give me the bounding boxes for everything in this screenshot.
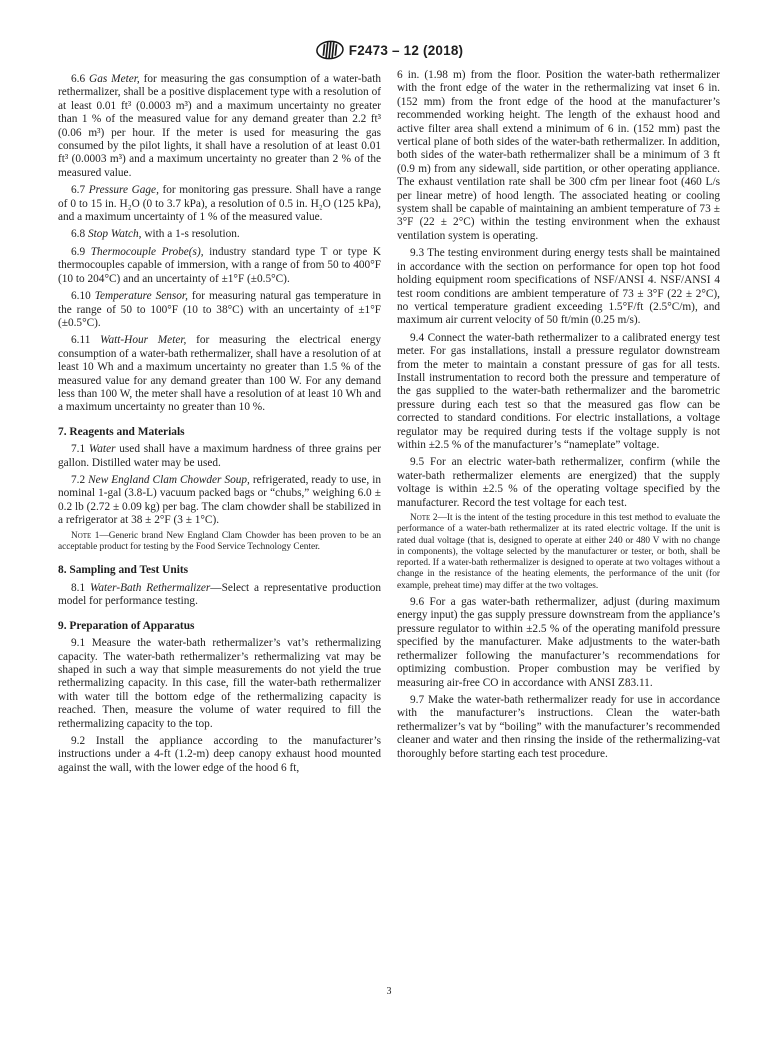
defined-term: New England Clam Chowder Soup, bbox=[88, 474, 253, 486]
section-number: 9.2 bbox=[71, 735, 96, 747]
heading-preparation-of-apparatus: 9. Preparation of Apparatus bbox=[58, 620, 381, 634]
paragraph-text: 6 in. (1.98 m) from the floor. Position … bbox=[397, 69, 720, 242]
section-number: 9.7 bbox=[410, 694, 428, 706]
section-6-6: 6.6 Gas Meter, for measuring the gas con… bbox=[58, 73, 381, 180]
page-number: 3 bbox=[0, 986, 778, 997]
section-number: 6.11 bbox=[71, 334, 100, 346]
paragraph-text: Install the appliance according to the m… bbox=[58, 735, 381, 774]
section-6-7: 6.7 Pressure Gage, for monitoring gas pr… bbox=[58, 184, 381, 224]
section-9-7: 9.7 Make the water-bath rethermalizer re… bbox=[397, 694, 720, 761]
section-number: 9.4 bbox=[410, 332, 428, 344]
section-7-2: 7.2 New England Clam Chowder Soup, refri… bbox=[58, 474, 381, 528]
section-number: 6.7 bbox=[71, 184, 89, 196]
defined-term: Thermocouple Probe(s), bbox=[91, 246, 209, 258]
defined-term: Watt-Hour Meter, bbox=[100, 334, 196, 346]
section-9-1: 9.1 Measure the water-bath rethermalizer… bbox=[58, 637, 381, 731]
right-column: 6 in. (1.98 m) from the floor. Position … bbox=[397, 69, 720, 775]
standard-designation: F2473 – 12 (2018) bbox=[349, 43, 463, 58]
defined-term: Gas Meter, bbox=[89, 73, 144, 85]
note-text: It is the intent of the testing procedur… bbox=[397, 513, 720, 591]
section-9-2: 9.2 Install the appliance according to t… bbox=[58, 735, 381, 775]
paragraph-text: for measuring the gas consumption of a w… bbox=[58, 73, 381, 179]
left-column: 6.6 Gas Meter, for measuring the gas con… bbox=[58, 69, 381, 775]
paragraph-text: Connect the water-bath rethermalizer to … bbox=[397, 332, 720, 451]
paragraph-text: Measure the water-bath rethermalizer’s v… bbox=[58, 637, 381, 729]
astm-logo-icon bbox=[315, 40, 344, 60]
heading-sampling-and-test-units: 8. Sampling and Test Units bbox=[58, 564, 381, 578]
section-number: 9.1 bbox=[71, 637, 92, 649]
section-9-6: 9.6 For a gas water-bath rethermalizer, … bbox=[397, 596, 720, 690]
paragraph-text: Make the water-bath rethermalizer ready … bbox=[397, 694, 720, 760]
section-number: 6.9 bbox=[71, 246, 91, 258]
section-6-10: 6.10 Temperature Sensor, for measuring n… bbox=[58, 290, 381, 330]
paragraph-text: The testing environment during energy te… bbox=[397, 247, 720, 326]
section-number: 8.1 bbox=[71, 582, 90, 594]
defined-term: Stop Watch, bbox=[88, 228, 144, 240]
section-number: 6.6 bbox=[71, 73, 89, 85]
defined-term: Pressure Gage, bbox=[89, 184, 163, 196]
section-9-2-continued: 6 in. (1.98 m) from the floor. Position … bbox=[397, 69, 720, 243]
document-body: 6.6 Gas Meter, for measuring the gas con… bbox=[58, 69, 720, 775]
section-6-8: 6.8 Stop Watch, with a 1-s resolution. bbox=[58, 228, 381, 241]
document-page: F2473 – 12 (2018) 6.6 Gas Meter, for mea… bbox=[0, 0, 778, 1041]
section-number: 7.1 bbox=[71, 443, 89, 455]
paragraph-text: with a 1-s resolution. bbox=[144, 228, 239, 240]
note-label: Note 1— bbox=[71, 531, 109, 541]
section-9-5: 9.5 For an electric water-bath rethermal… bbox=[397, 456, 720, 510]
section-7-1: 7.1 Water used shall have a maximum hard… bbox=[58, 443, 381, 470]
section-number: 6.10 bbox=[71, 290, 95, 302]
paragraph-text: For a gas water-bath rethermalizer, adju… bbox=[397, 596, 720, 688]
defined-term: Water bbox=[89, 443, 119, 455]
note-1: Note 1—Generic brand New England Clam Ch… bbox=[58, 531, 381, 554]
paragraph-text: For an electric water-bath rethermalizer… bbox=[397, 456, 720, 508]
note-2: Note 2—It is the intent of the testing p… bbox=[397, 513, 720, 592]
section-number: 9.3 bbox=[410, 247, 427, 259]
section-8-1: 8.1 Water-Bath Rethermalizer—Select a re… bbox=[58, 582, 381, 609]
section-number: 9.6 bbox=[410, 596, 430, 608]
defined-term: Water-Bath Rethermalizer bbox=[90, 582, 210, 594]
defined-term: Temperature Sensor, bbox=[95, 290, 192, 302]
section-number: 7.2 bbox=[71, 474, 88, 486]
page-header: F2473 – 12 (2018) bbox=[0, 40, 778, 60]
section-number: 6.8 bbox=[71, 228, 88, 240]
section-number: 9.5 bbox=[410, 456, 430, 468]
note-label: Note 2— bbox=[410, 513, 447, 523]
section-9-3: 9.3 The testing environment during energ… bbox=[397, 247, 720, 327]
section-6-11: 6.11 Watt-Hour Meter, for measuring the … bbox=[58, 334, 381, 414]
heading-reagents-and-materials: 7. Reagents and Materials bbox=[58, 426, 381, 440]
section-6-9: 6.9 Thermocouple Probe(s), industry stan… bbox=[58, 246, 381, 286]
section-9-4: 9.4 Connect the water-bath rethermalizer… bbox=[397, 332, 720, 453]
